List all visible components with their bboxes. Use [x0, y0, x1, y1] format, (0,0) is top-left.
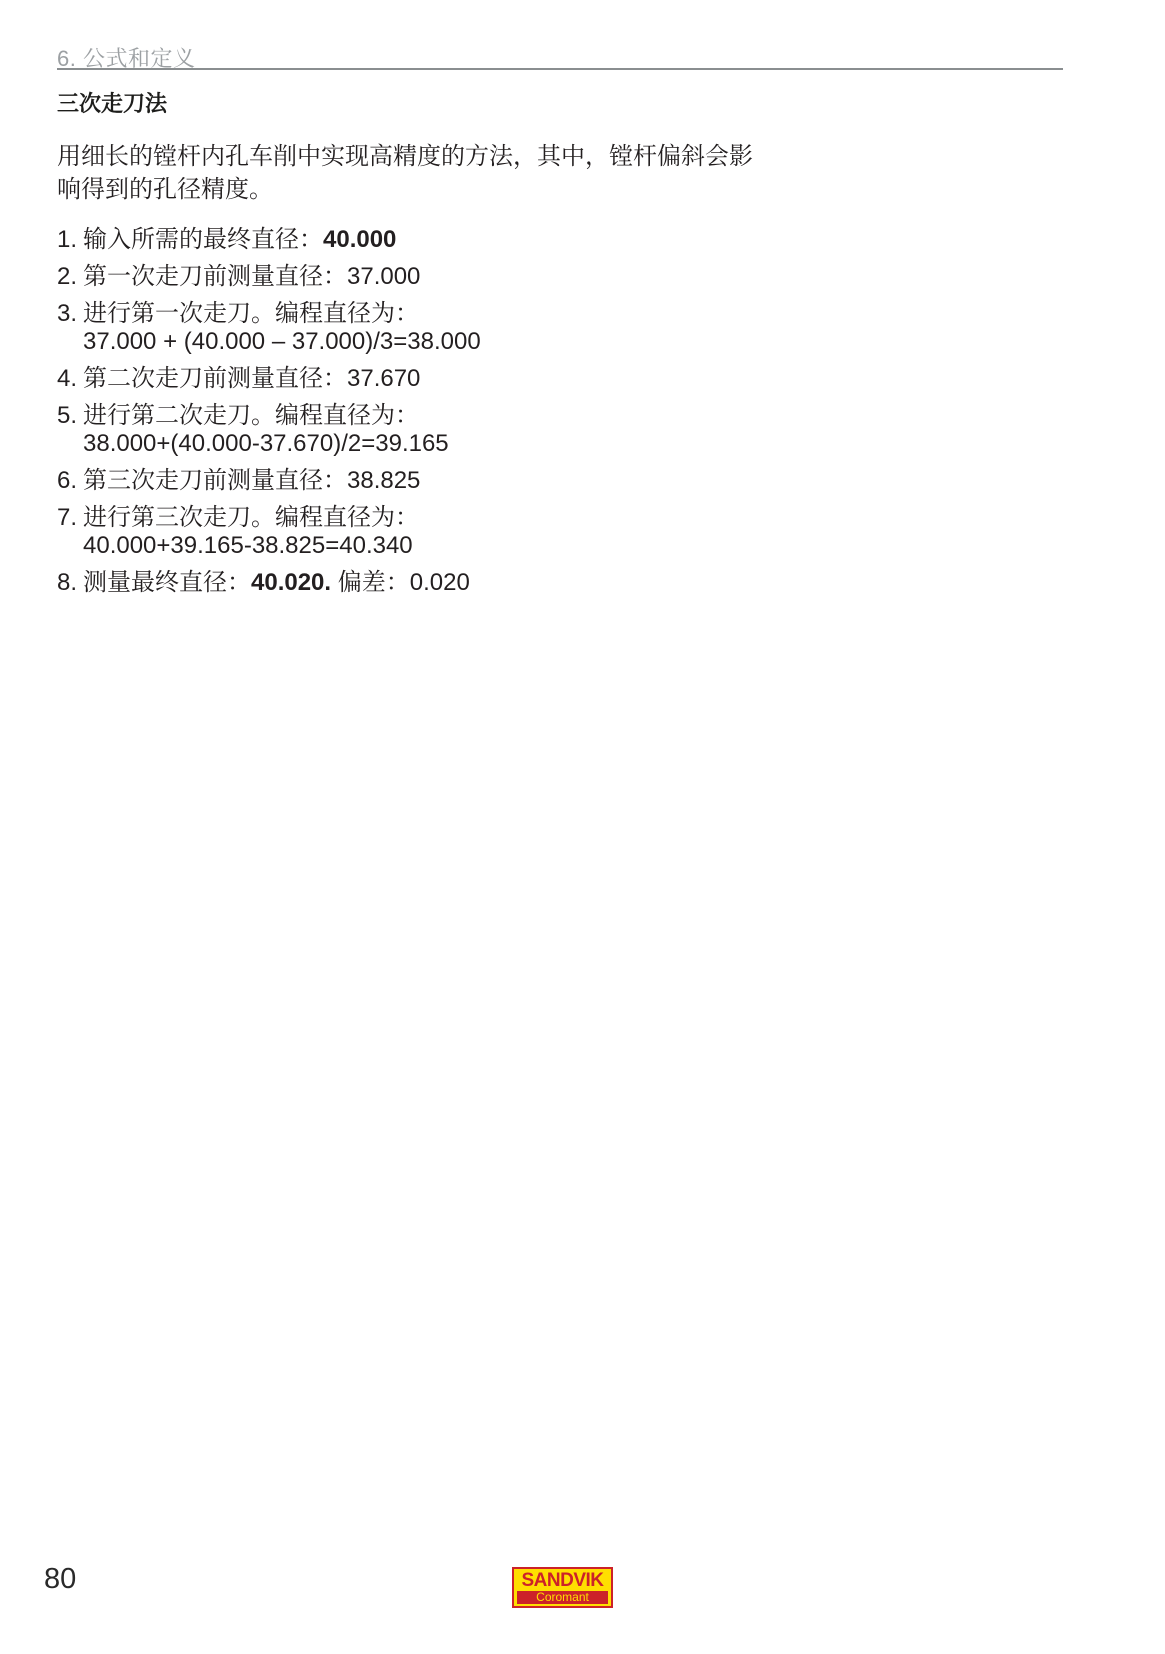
page: 6. 公式和定义 三次走刀法 用细长的镗杆内孔车削中实现高精度的方法，其中，镗杆… [0, 0, 1165, 1654]
sandvik-logo-brand: SANDVIK [514, 1570, 611, 1591]
step-item: 5.进行第二次走刀。编程直径为： 38.000+(40.000-37.670)/… [57, 402, 1017, 458]
step-text: 第一次走刀前测量直径：37.000 [83, 263, 420, 290]
step-number: 5. [57, 402, 77, 430]
intro-line-1: 用细长的镗杆内孔车削中实现高精度的方法，其中，镗杆偏斜会影 [57, 140, 753, 173]
step-text: 测量最终直径： [83, 569, 251, 596]
step-text: 第二次走刀前测量直径：37.670 [83, 365, 420, 392]
step-number: 7. [57, 504, 77, 532]
header-divider [57, 68, 1063, 70]
step-number: 6. [57, 467, 77, 495]
page-title: 三次走刀法 [57, 87, 167, 118]
step-number: 4. [57, 365, 77, 393]
sandvik-logo-sub: Coromant [517, 1591, 608, 1604]
step-formula: 38.000+(40.000-37.670)/2=39.165 [83, 430, 1017, 458]
step-value-bold: 40.000 [323, 226, 396, 253]
step-text: 进行第一次走刀。编程直径为： [83, 300, 419, 327]
page-number: 80 [44, 1563, 76, 1596]
step-text: 进行第三次走刀。编程直径为： [83, 504, 419, 531]
intro-line-2: 响得到的孔径精度。 [57, 173, 753, 206]
step-item: 6.第三次走刀前测量直径：38.825 [57, 467, 1017, 495]
step-item: 7.进行第三次走刀。编程直径为： 40.000+39.165-38.825=40… [57, 504, 1017, 560]
step-text: 进行第二次走刀。编程直径为： [83, 402, 419, 429]
step-item: 1.输入所需的最终直径：40.000 [57, 226, 1017, 254]
step-item: 8.测量最终直径：40.020. 偏差：0.020 [57, 569, 1017, 597]
step-number: 1. [57, 226, 77, 254]
intro-paragraph: 用细长的镗杆内孔车削中实现高精度的方法，其中，镗杆偏斜会影 响得到的孔径精度。 [57, 140, 753, 206]
step-formula: 40.000+39.165-38.825=40.340 [83, 532, 1017, 560]
step-item: 3.进行第一次走刀。编程直径为： 37.000 + (40.000 – 37.0… [57, 300, 1017, 356]
step-suffix: 偏差：0.020 [331, 569, 470, 596]
step-text: 输入所需的最终直径： [83, 226, 323, 253]
step-text: 第三次走刀前测量直径：38.825 [83, 467, 420, 494]
step-formula: 37.000 + (40.000 – 37.000)/3=38.000 [83, 328, 1017, 356]
step-item: 2.第一次走刀前测量直径：37.000 [57, 263, 1017, 291]
step-value-bold: 40.020. [251, 569, 331, 596]
step-number: 2. [57, 263, 77, 291]
step-number: 8. [57, 569, 77, 597]
steps-list: 1.输入所需的最终直径：40.000 2.第一次走刀前测量直径：37.000 3… [57, 226, 1017, 606]
step-number: 3. [57, 300, 77, 328]
sandvik-logo: SANDVIK Coromant [512, 1567, 613, 1608]
step-item: 4.第二次走刀前测量直径：37.670 [57, 365, 1017, 393]
